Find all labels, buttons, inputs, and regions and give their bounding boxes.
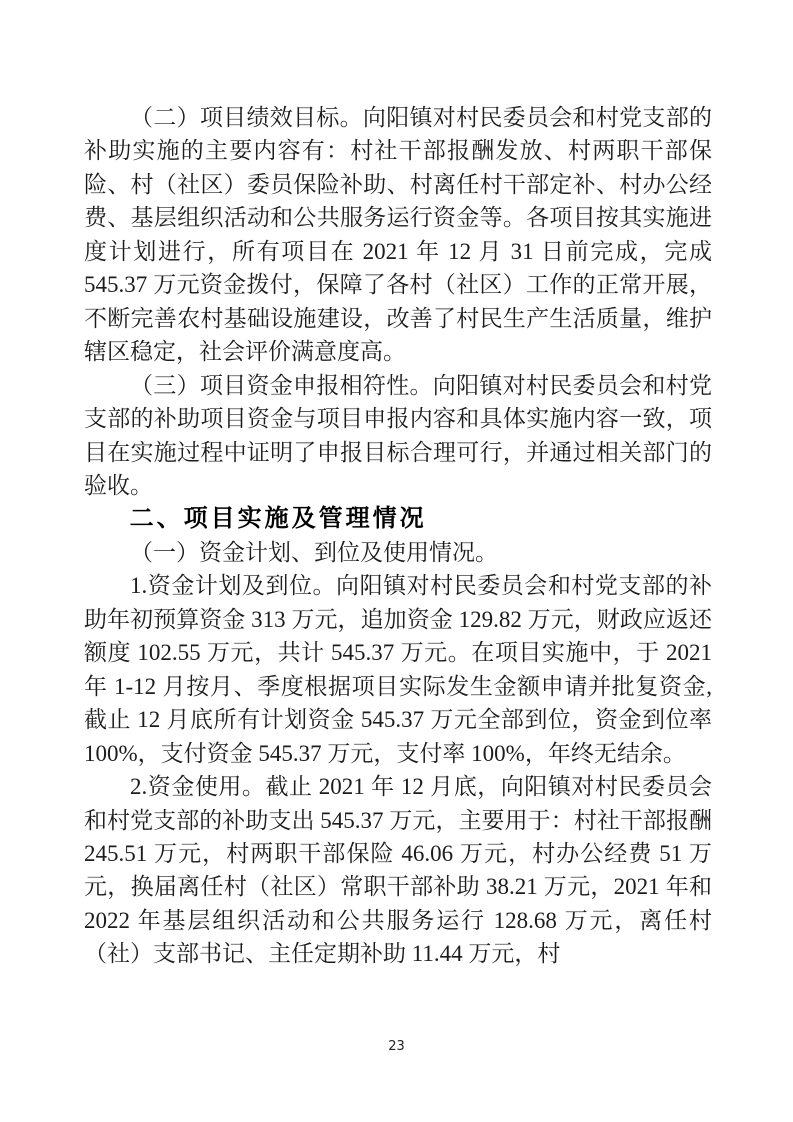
page-number: 23: [0, 1039, 793, 1055]
paragraph-fund-plan-subheading: （一）资金计划、到位及使用情况。: [84, 536, 712, 569]
section-heading-implementation-management: 二、项目实施及管理情况: [84, 502, 712, 535]
paragraph-fund-plan-and-arrival: 1.资金计划及到位。向阳镇对村民委员会和村党支部的补助年初预算资金 313 万元…: [84, 569, 712, 770]
document-body: （二）项目绩效目标。向阳镇对村民委员会和村党支部的补助实施的主要内容有：村社干部…: [84, 101, 712, 971]
paragraph-fund-application-conformity: （三）项目资金申报相符性。向阳镇对村民委员会和村党支部的补助项目资金与项目申报内…: [84, 369, 712, 503]
paragraph-fund-usage: 2.资金使用。截止 2021 年 12 月底，向阳镇对村民委员会和村党支部的补助…: [84, 770, 712, 971]
document-page: （二）项目绩效目标。向阳镇对村民委员会和村党支部的补助实施的主要内容有：村社干部…: [0, 0, 793, 1122]
paragraph-project-performance-goals: （二）项目绩效目标。向阳镇对村民委员会和村党支部的补助实施的主要内容有：村社干部…: [84, 101, 712, 369]
